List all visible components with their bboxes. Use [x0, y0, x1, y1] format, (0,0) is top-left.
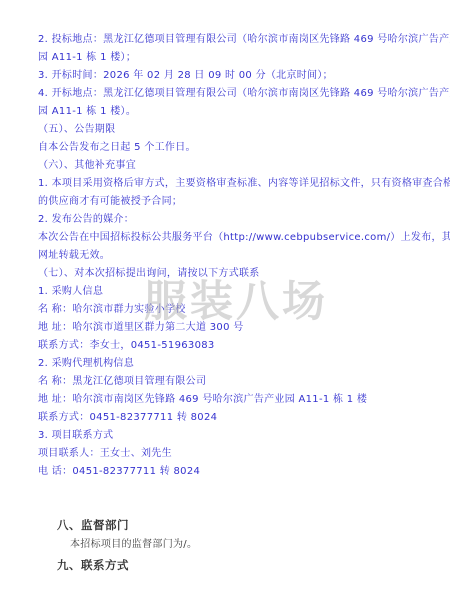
text-line: 本次公告在中国招标投标公共服务平台（http://www.cebpubservi…: [38, 229, 420, 247]
text-line: 电 话：0451-82377711 转 8024: [38, 463, 420, 481]
text-line: 园 A11-1 栋 1 楼）。: [38, 103, 420, 121]
text-line: 自本公告发布之日起 5 个工作日。: [38, 139, 420, 157]
text-line: 园 A11-1 栋 1 楼）；: [38, 49, 420, 67]
text-line: 地 址：哈尔滨市道里区群力第二大道 300 号: [38, 319, 420, 337]
text-line: 2. 投标地点：黑龙江亿德项目管理有限公司（哈尔滨市南岗区先锋路 469 号哈尔…: [38, 31, 420, 49]
tender-announcement-page: 2. 投标地点：黑龙江亿德项目管理有限公司（哈尔滨市南岗区先锋路 469 号哈尔…: [0, 0, 450, 600]
text-line: 1. 本项目采用资格后审方式，主要资格审查标准、内容等详见招标文件，只有资格审查…: [38, 175, 420, 193]
text-line: 3. 开标时间：2026 年 02 月 28 日 09 时 00 分（北京时间）…: [38, 67, 420, 85]
text-line: 联系方式：0451-82377711 转 8024: [38, 409, 420, 427]
text-line: （七）、对本次招标提出询问，请按以下方式联系: [38, 265, 420, 283]
text-line: 的供应商才有可能被授予合同；: [38, 193, 420, 211]
text-line: 网址转载无效。: [38, 247, 420, 265]
section-heading-contact: 九、联系方式: [57, 555, 450, 575]
supervision-body-text: 本招标项目的监督部门为/。: [70, 535, 450, 555]
text-line: 4. 开标地点：黑龙江亿德项目管理有限公司（哈尔滨市南岗区先锋路 469 号哈尔…: [38, 85, 420, 103]
text-line: 2. 采购代理机构信息: [38, 355, 420, 373]
text-line: 联系方式：李女士，0451-51963083: [38, 337, 420, 355]
blue-text-block: 2. 投标地点：黑龙江亿德项目管理有限公司（哈尔滨市南岗区先锋路 469 号哈尔…: [38, 31, 420, 481]
section-heading-supervision: 八、监督部门: [57, 515, 450, 535]
text-line: 2. 发布公告的媒介：: [38, 211, 420, 229]
text-line: 名 称：黑龙江亿德项目管理有限公司: [38, 373, 420, 391]
black-section: 八、监督部门 本招标项目的监督部门为/。 九、联系方式: [0, 515, 450, 575]
text-line: （五）、公告期限: [38, 121, 420, 139]
text-line: （六）、其他补充事宜: [38, 157, 420, 175]
text-line: 地 址：哈尔滨市南岗区先锋路 469 号哈尔滨广告产业园 A11-1 栋 1 楼: [38, 391, 420, 409]
text-line: 1. 采购人信息: [38, 283, 420, 301]
text-line: 3. 项目联系方式: [38, 427, 420, 445]
text-line: 项目联系人：王女士、刘先生: [38, 445, 420, 463]
text-line: 名 称：哈尔滨市群力实验小学校: [38, 301, 420, 319]
